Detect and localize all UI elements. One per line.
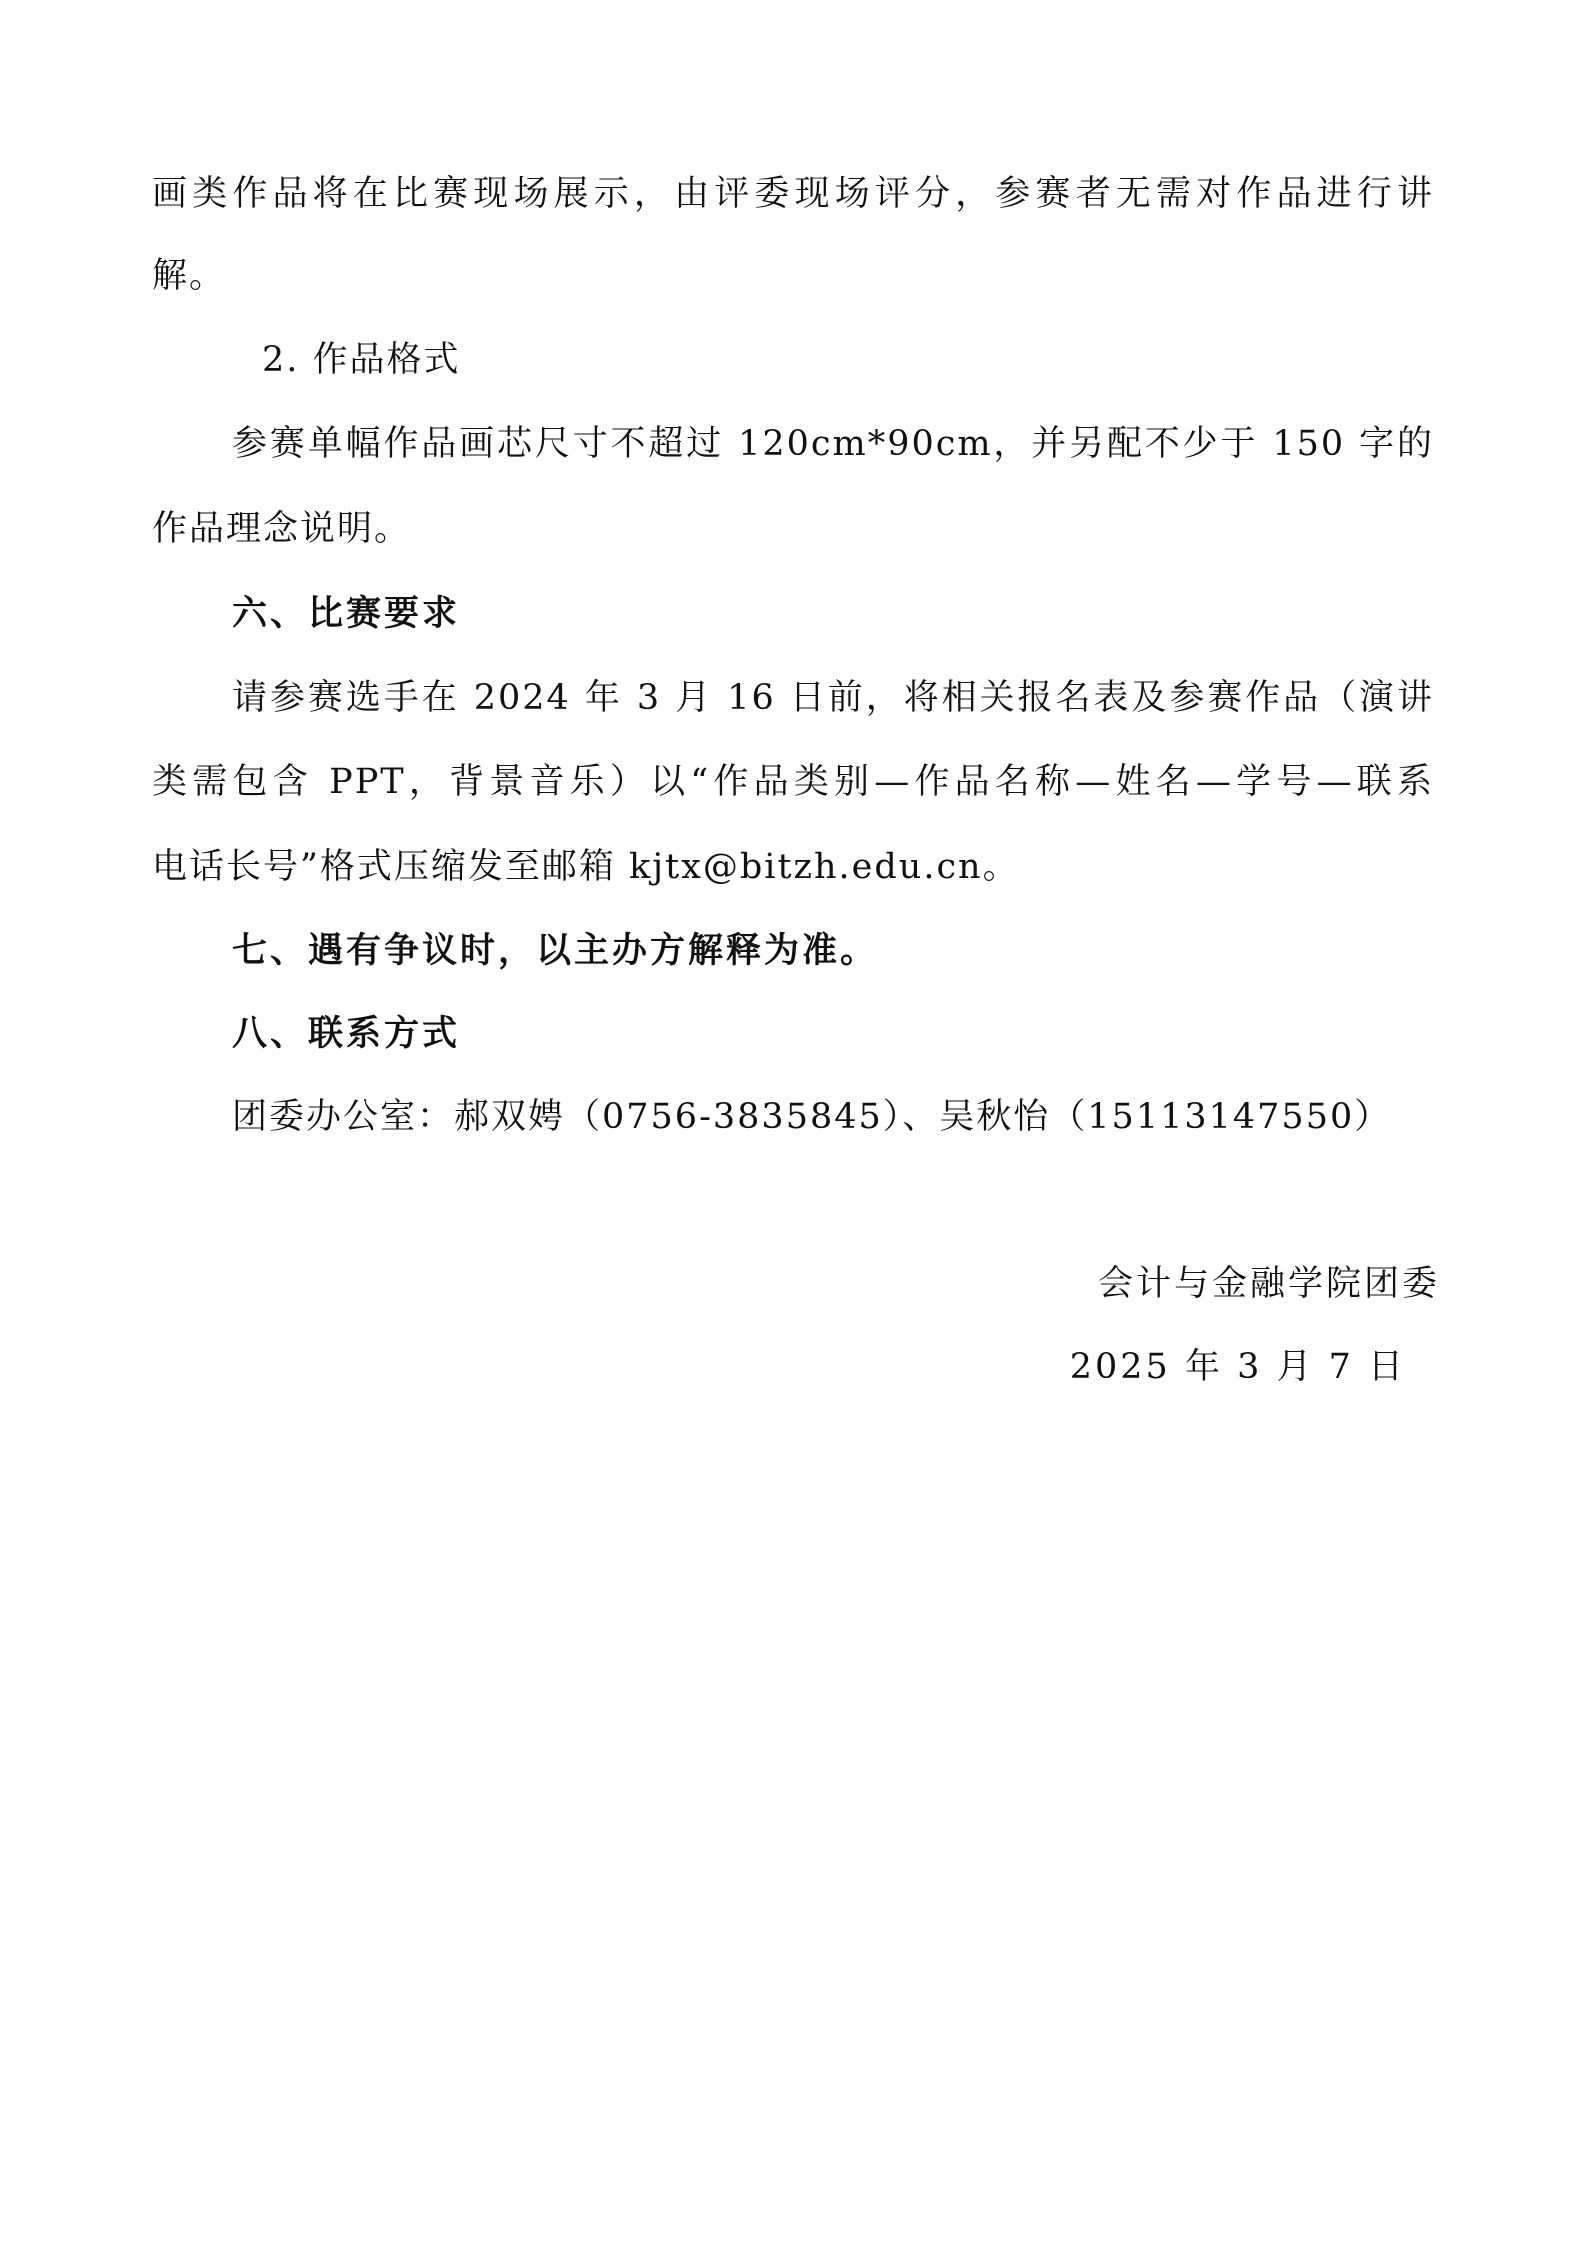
paragraph-line: 类需包含 PPT，背景音乐）以“作品类别—作品名称—姓名—学号—联系 (152, 758, 1434, 806)
signature-organization: 会计与金融学院团委 (1098, 1260, 1440, 1308)
section-heading-disputes: 七、遇有争议时，以主办方解释为准。 (232, 927, 878, 975)
section-heading-contact: 八、联系方式 (232, 1010, 460, 1058)
subheading-format: 2. 作品格式 (262, 336, 461, 384)
signature-date: 2025 年 3 月 7 日 (1070, 1343, 1406, 1391)
paragraph-line: 参赛单幅作品画芯尺寸不超过 120cm*90cm，并另配不少于 150 字的 (232, 420, 1434, 468)
section-heading-requirements: 六、比赛要求 (232, 590, 460, 638)
paragraph-line: 请参赛选手在 2024 年 3 月 16 日前，将相关报名表及参赛作品（演讲 (232, 674, 1434, 722)
document-page: 画类作品将在比赛现场展示，由评委现场评分，参赛者无需对作品进行讲 解。 2. 作… (0, 0, 1586, 2245)
paragraph-line: 作品理念说明。 (152, 505, 411, 553)
paragraph-line: 电话长号”格式压缩发至邮箱 kjtx@bitzh.edu.cn。 (152, 843, 1020, 891)
paragraph-line: 解。 (152, 252, 226, 300)
paragraph-line: 画类作品将在比赛现场展示，由评委现场评分，参赛者无需对作品进行讲 (152, 170, 1434, 218)
contact-info: 团委办公室：郝双娉（0756-3835845）、吴秋怡（15113147550） (232, 1093, 1391, 1141)
